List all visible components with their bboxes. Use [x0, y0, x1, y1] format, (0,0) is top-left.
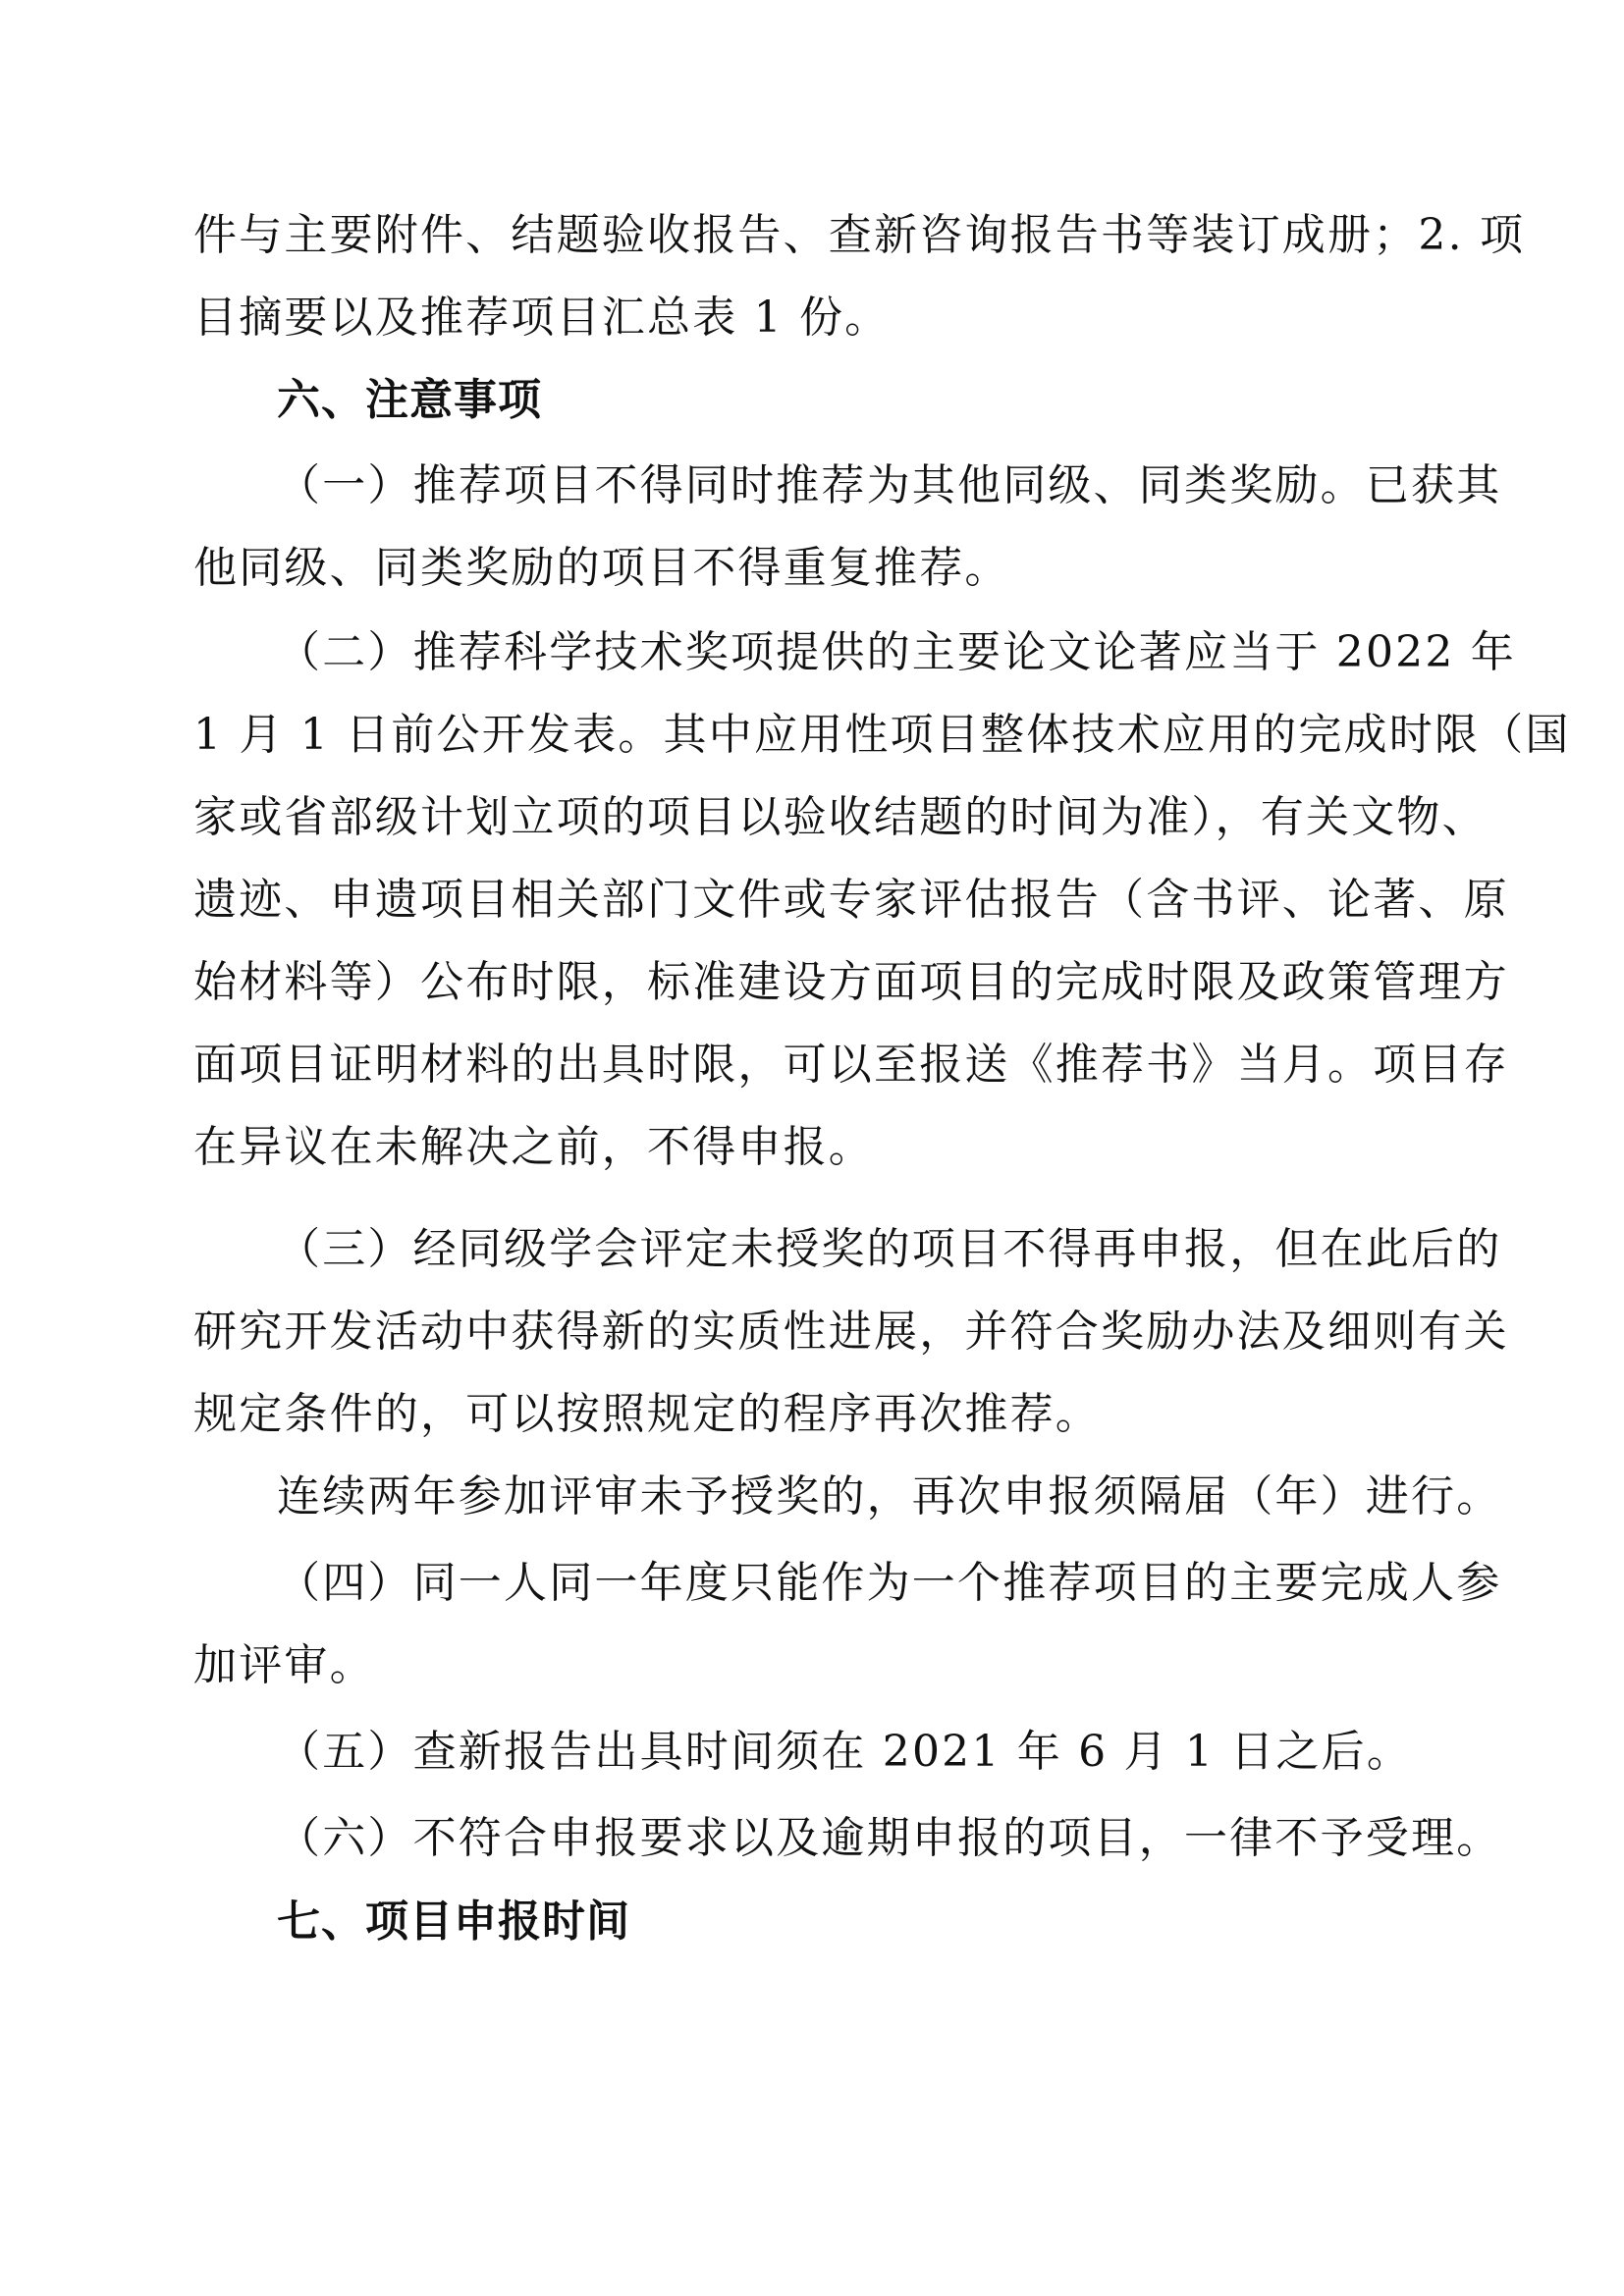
- document-page: 件与主要附件、结题验收报告、查新咨询报告书等装订成册；2. 项 目摘要以及推荐项…: [0, 0, 1624, 2296]
- paragraph-line: （二）推荐科学技术奖项提供的主要论文论著应当于 2022 年: [277, 625, 1460, 680]
- paragraph-line: （六）不符合申报要求以及逾期申报的项目，一律不予受理。: [277, 1811, 1460, 1866]
- paragraph-line: （一）推荐项目不得同时推荐为其他同级、同类奖励。已获其: [277, 458, 1460, 513]
- paragraph-line: 规定条件的，可以按照规定的程序再次推荐。: [193, 1387, 1460, 1442]
- paragraph-line: （五）查新报告出具时间须在 2021 年 6 月 1 日之后。: [277, 1725, 1460, 1780]
- paragraph-line: 始材料等）公布时限，标准建设方面项目的完成时限及政策管理方: [193, 955, 1460, 1010]
- paragraph-line: 1 月 1 日前公开发表。其中应用性项目整体技术应用的完成时限（国: [193, 708, 1460, 763]
- paragraph-line: （三）经同级学会评定未授奖的项目不得再申报，但在此后的: [277, 1222, 1460, 1277]
- paragraph-line: 在异议在未解决之前，不得申报。: [193, 1120, 1460, 1175]
- section-heading-7: 七、项目申报时间: [277, 1895, 630, 1949]
- paragraph-line: 连续两年参加评审未予授奖的，再次申报须隔届（年）进行。: [277, 1469, 1460, 1524]
- paragraph-line: 研究开发活动中获得新的实质性进展，并符合奖励办法及细则有关: [193, 1305, 1460, 1360]
- paragraph-line: 遗迹、申遗项目相关部门文件或专家评估报告（含书评、论著、原: [193, 873, 1460, 928]
- paragraph-line: 加评审。: [193, 1638, 1460, 1693]
- section-heading-6: 六、注意事项: [277, 373, 542, 428]
- paragraph-line: 他同级、同类奖励的项目不得重复推荐。: [193, 541, 1460, 596]
- paragraph-line: 面项目证明材料的出具时限，可以至报送《推荐书》当月。项目存: [193, 1038, 1460, 1093]
- paragraph-line: 家或省部级计划立项的项目以验收结题的时间为准），有关文物、: [193, 790, 1460, 845]
- paragraph-line: 件与主要附件、结题验收报告、查新咨询报告书等装订成册；2. 项: [193, 208, 1460, 263]
- paragraph-line: 目摘要以及推荐项目汇总表 1 份。: [193, 291, 1460, 346]
- paragraph-line: （四）同一人同一年度只能作为一个推荐项目的主要完成人参: [277, 1556, 1460, 1611]
